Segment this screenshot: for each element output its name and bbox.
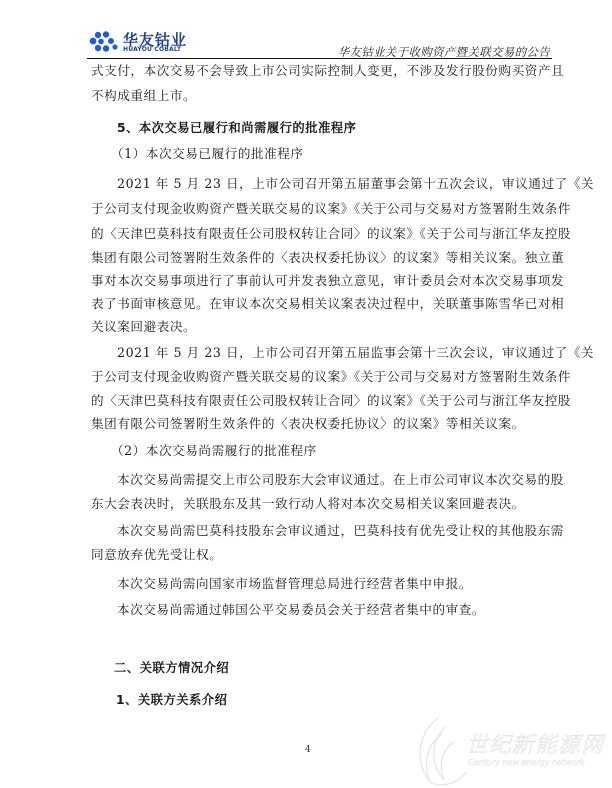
paragraph-line: 的〈天津巴莫科技有限责任公司股权转让合同〉的议案》《关于公司与浙江华友控股 <box>91 226 571 242</box>
company-logo: 华友钴业 HUAYOU COBALT <box>89 31 229 55</box>
logo-text-en: HUAYOU COBALT <box>123 46 181 53</box>
watermark-text-en: Century new energy network <box>468 758 584 767</box>
document-page: 华友钴业 HUAYOU COBALT 华友钴业关于收购资产暨关联交易的公告 式支… <box>0 0 612 788</box>
section-heading: 5、本次交易已履行和尚需履行的批准程序 <box>117 120 356 136</box>
paragraph-line: 不构成重组上市。 <box>91 88 196 104</box>
paragraph-line: 本次交易尚需通过韩国公平交易委员会关于经营者集中的审查。 <box>117 602 485 618</box>
paragraph-line: 2021 年 5 月 23 日，上市公司召开第五届监事会第十三次会议，审议通过了… <box>117 345 594 361</box>
paragraph-line: 于公司支付现金收购资产暨关联交易的议案》《关于公司与交易对方签署附生效条件 <box>91 201 571 217</box>
paragraph-line: 东大会表决时，关联股东及其一致行动人将对本次交易相关议案回避表决。 <box>91 496 525 512</box>
paragraph-line: 事对本次交易事项进行了事前认可并发表独立意见，审计委员会对本次交易事项发 <box>91 273 564 289</box>
watermark-text-cn: 世纪新能源网 <box>466 728 604 759</box>
paragraph-line: 2021 年 5 月 23 日，上市公司召开第五届董事会第十五次会议，审议通过了… <box>117 176 594 192</box>
subsection-heading: （2）本次交易尚需履行的批准程序 <box>111 443 317 459</box>
paragraph-line: 于公司支付现金收购资产暨关联交易的议案》《关于公司与交易对方签署附生效条件 <box>91 369 571 385</box>
paragraph-line: 本次交易尚需巴莫科技股东会审议通过，巴莫科技有优先受让权的其他股东需 <box>117 523 564 539</box>
subsection-heading: （1）本次交易已履行的批准程序 <box>111 146 304 162</box>
section-heading: 二、关联方情况介绍 <box>114 660 229 676</box>
paragraph-line: 本次交易尚需向国家市场监督管理总局进行经营者集中申报。 <box>117 576 472 592</box>
subsection-heading: 1、关联方关系介绍 <box>116 692 227 708</box>
paragraph-line: 同意放弃优先受让权。 <box>91 547 222 563</box>
paragraph-line: 表了书面审核意见。在审议本次交易相关议案表决过程中，关联董事陈雪华已对相 <box>91 296 564 312</box>
paragraph-line: 本次交易尚需提交上市公司股东大会审议通过。在上市公司审议本次交易的股 <box>117 472 564 488</box>
page-number: 4 <box>305 745 311 755</box>
header-divider <box>87 58 552 59</box>
paragraph-line: 式支付，本次交易不会导致上市公司实际控制人变更，不涉及发行股份购买资产且 <box>91 63 564 79</box>
huayou-logo-icon <box>89 31 121 53</box>
paragraph-line: 的〈天津巴莫科技有限责任公司股权转让合同〉的议案》《关于公司与浙江华友控股 <box>91 393 571 409</box>
paragraph-line: 集团有限公司签署附生效条件的〈表决权委托协议〉的议案》等相关议案。独立董 <box>91 250 564 266</box>
paragraph-line: 集团有限公司签署附生效条件的〈表决权委托协议〉的议案》等相关议案。 <box>91 416 525 432</box>
paragraph-line: 关议案回避表决。 <box>91 319 196 335</box>
watermark: 世纪新能源网 Century new energy network <box>408 712 612 788</box>
